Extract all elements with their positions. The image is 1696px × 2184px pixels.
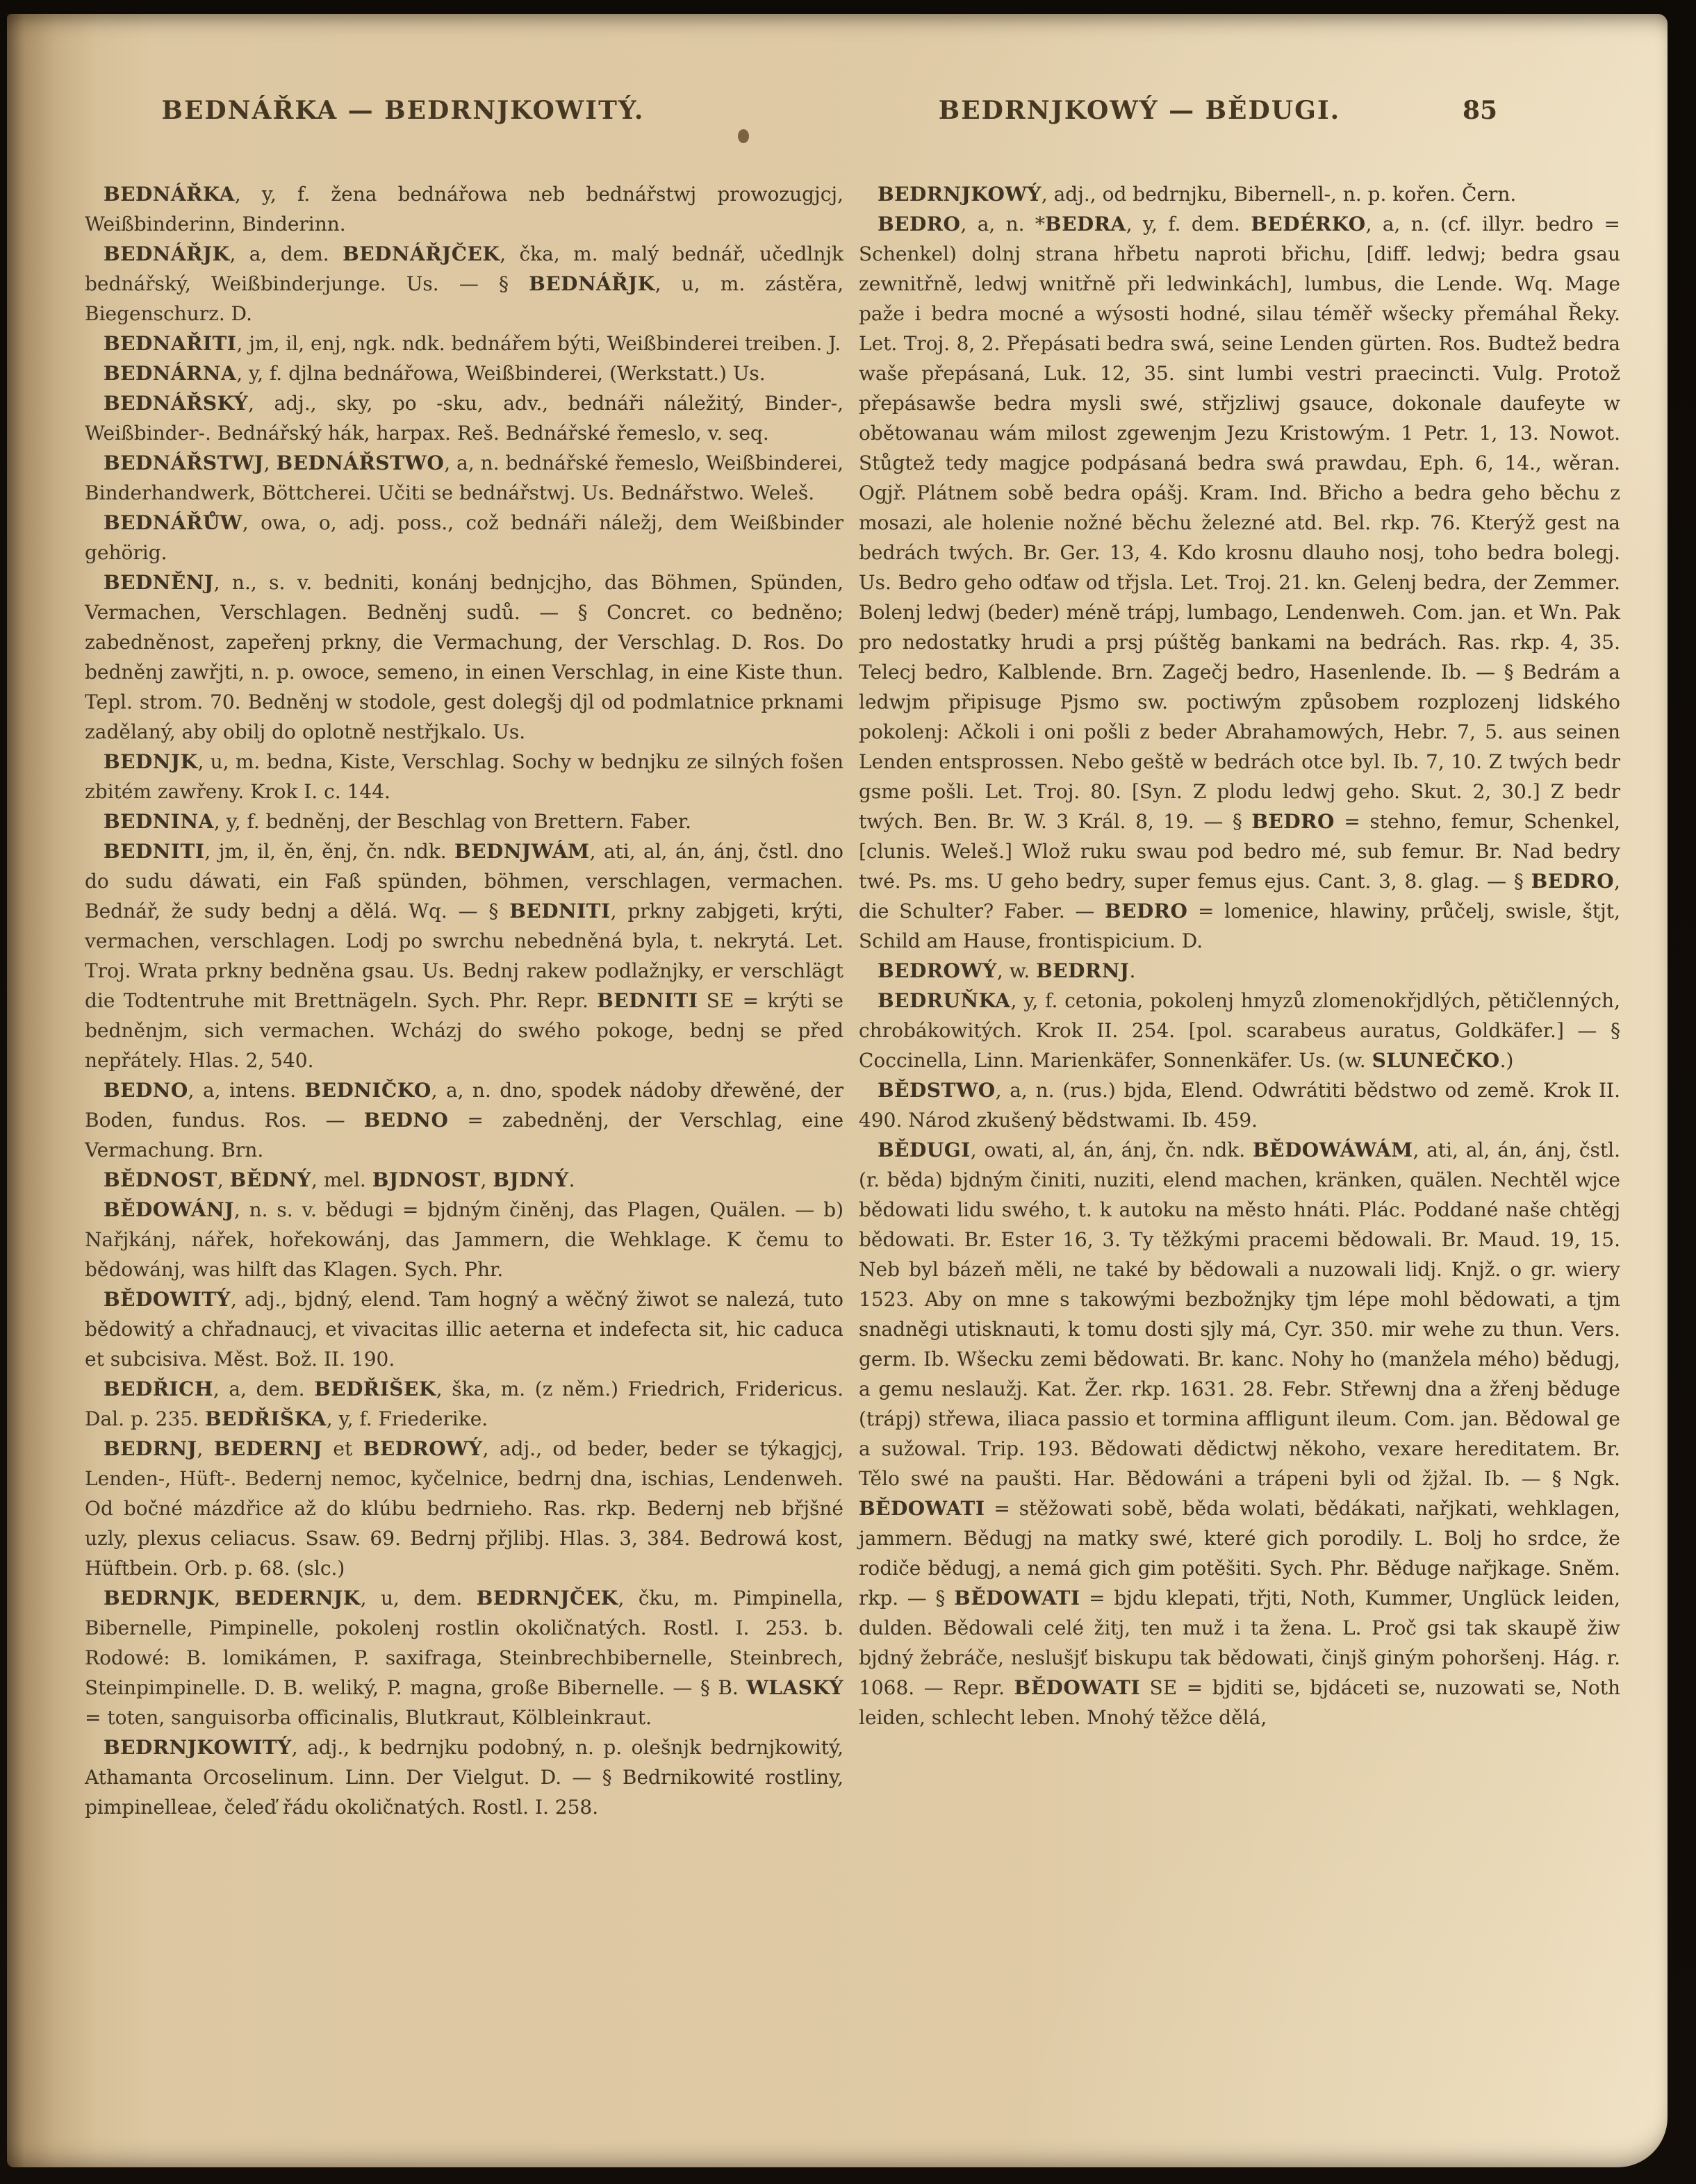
dictionary-column-right: BEDRNJKOWÝ, adj., od bedrnjku, Bibernell… [859,179,1620,1732]
dictionary-entry: BEDROWÝ, w. BEDRNJ. [859,956,1620,986]
scan-background: BEDNÁŘKA — BEDRNJKOWITÝ. BEDRNJKOWÝ — BĚ… [0,0,1696,2184]
book-page: BEDNÁŘKA — BEDRNJKOWITÝ. BEDRNJKOWÝ — BĚ… [7,14,1668,2167]
dictionary-entry: BEDRNJK, BEDERNJK, u, dem. BEDRNJČEK, čk… [85,1583,843,1732]
dictionary-entry: BĚDOWÁNJ, n. s. v. bědugi = bjdným činěn… [85,1195,843,1284]
dictionary-entry: BEDNINA, y, f. bedněnj, der Beschlag von… [85,806,843,836]
running-head-left: BEDNÁŘKA — BEDRNJKOWITÝ. [56,96,750,125]
dictionary-entry: BEDRO, a, n. *BEDRA, y, f. dem. BEDÉRKO,… [859,209,1620,956]
dictionary-entry: BEDNÁŘSTWJ, BEDNÁŘSTWO, a, n. bednářské … [85,448,843,508]
dictionary-entry: BEDRNJ, BEDERNJ et BEDROWÝ, adj., od bed… [85,1434,843,1583]
dictionary-entry: BEDNO, a, intens. BEDNIČKO, a, n. dno, s… [85,1075,843,1165]
dictionary-entry: BEDNAŘITI, jm, il, enj, ngk. ndk. bednář… [85,329,843,358]
dictionary-entry: BĚDSTWO, a, n. (rus.) bjda, Elend. Odwrá… [859,1075,1620,1135]
dictionary-entry: BEDNÁRNA, y, f. djlna bednářowa, Weißbin… [85,358,843,388]
dictionary-entry: BEDRNJKOWITÝ, adj., k bedrnjku podobný, … [85,1732,843,1822]
dictionary-entry: BEDNJK, u, m. bedna, Kiste, Verschlag. S… [85,747,843,806]
dictionary-entry: BEDRNJKOWÝ, adj., od bedrnjku, Bibernell… [859,179,1620,209]
ink-spot [738,129,749,143]
running-head-right: BEDRNJKOWÝ — BĚDUGI. [778,96,1501,125]
dictionary-entry: BĚDUGI, owati, al, án, ánj, čn. ndk. BĚD… [859,1135,1620,1732]
dictionary-entry: BEDNÁŘJK, a, dem. BEDNÁŘJČEK, čka, m. ma… [85,239,843,329]
dictionary-column-left: BEDNÁŘKA, y, f. žena bednářowa neb bedná… [85,179,843,1822]
paper-speck [1324,250,1328,257]
dictionary-entry: BEDRUŇKA, y, f. cetonia, pokolenj hmyzů … [859,986,1620,1075]
page-number: 85 [1445,96,1515,125]
dictionary-entry: BĚDOWITÝ, adj., bjdný, elend. Tam hogný … [85,1284,843,1374]
dictionary-entry: BEDNÁŘKA, y, f. žena bednářowa neb bedná… [85,179,843,239]
dictionary-entry: BEDNITI, jm, il, ěn, ěnj, čn. ndk. BEDNJ… [85,836,843,1075]
dictionary-entry: BĚDNOST, BĚDNÝ, mel. BJDNOST, BJDNÝ. [85,1165,843,1195]
dictionary-entry: BEDNĚNJ, n., s. v. bedniti, konánj bednj… [85,568,843,747]
dictionary-entry: BEDNÁŘŮW, owa, o, adj. poss., což bednář… [85,508,843,568]
dictionary-entry: BEDŘICH, a, dem. BEDŘIŠEK, ška, m. (z ně… [85,1374,843,1434]
dictionary-entry: BEDNÁŘSKÝ, adj., sky, po -sku, adv., bed… [85,388,843,448]
